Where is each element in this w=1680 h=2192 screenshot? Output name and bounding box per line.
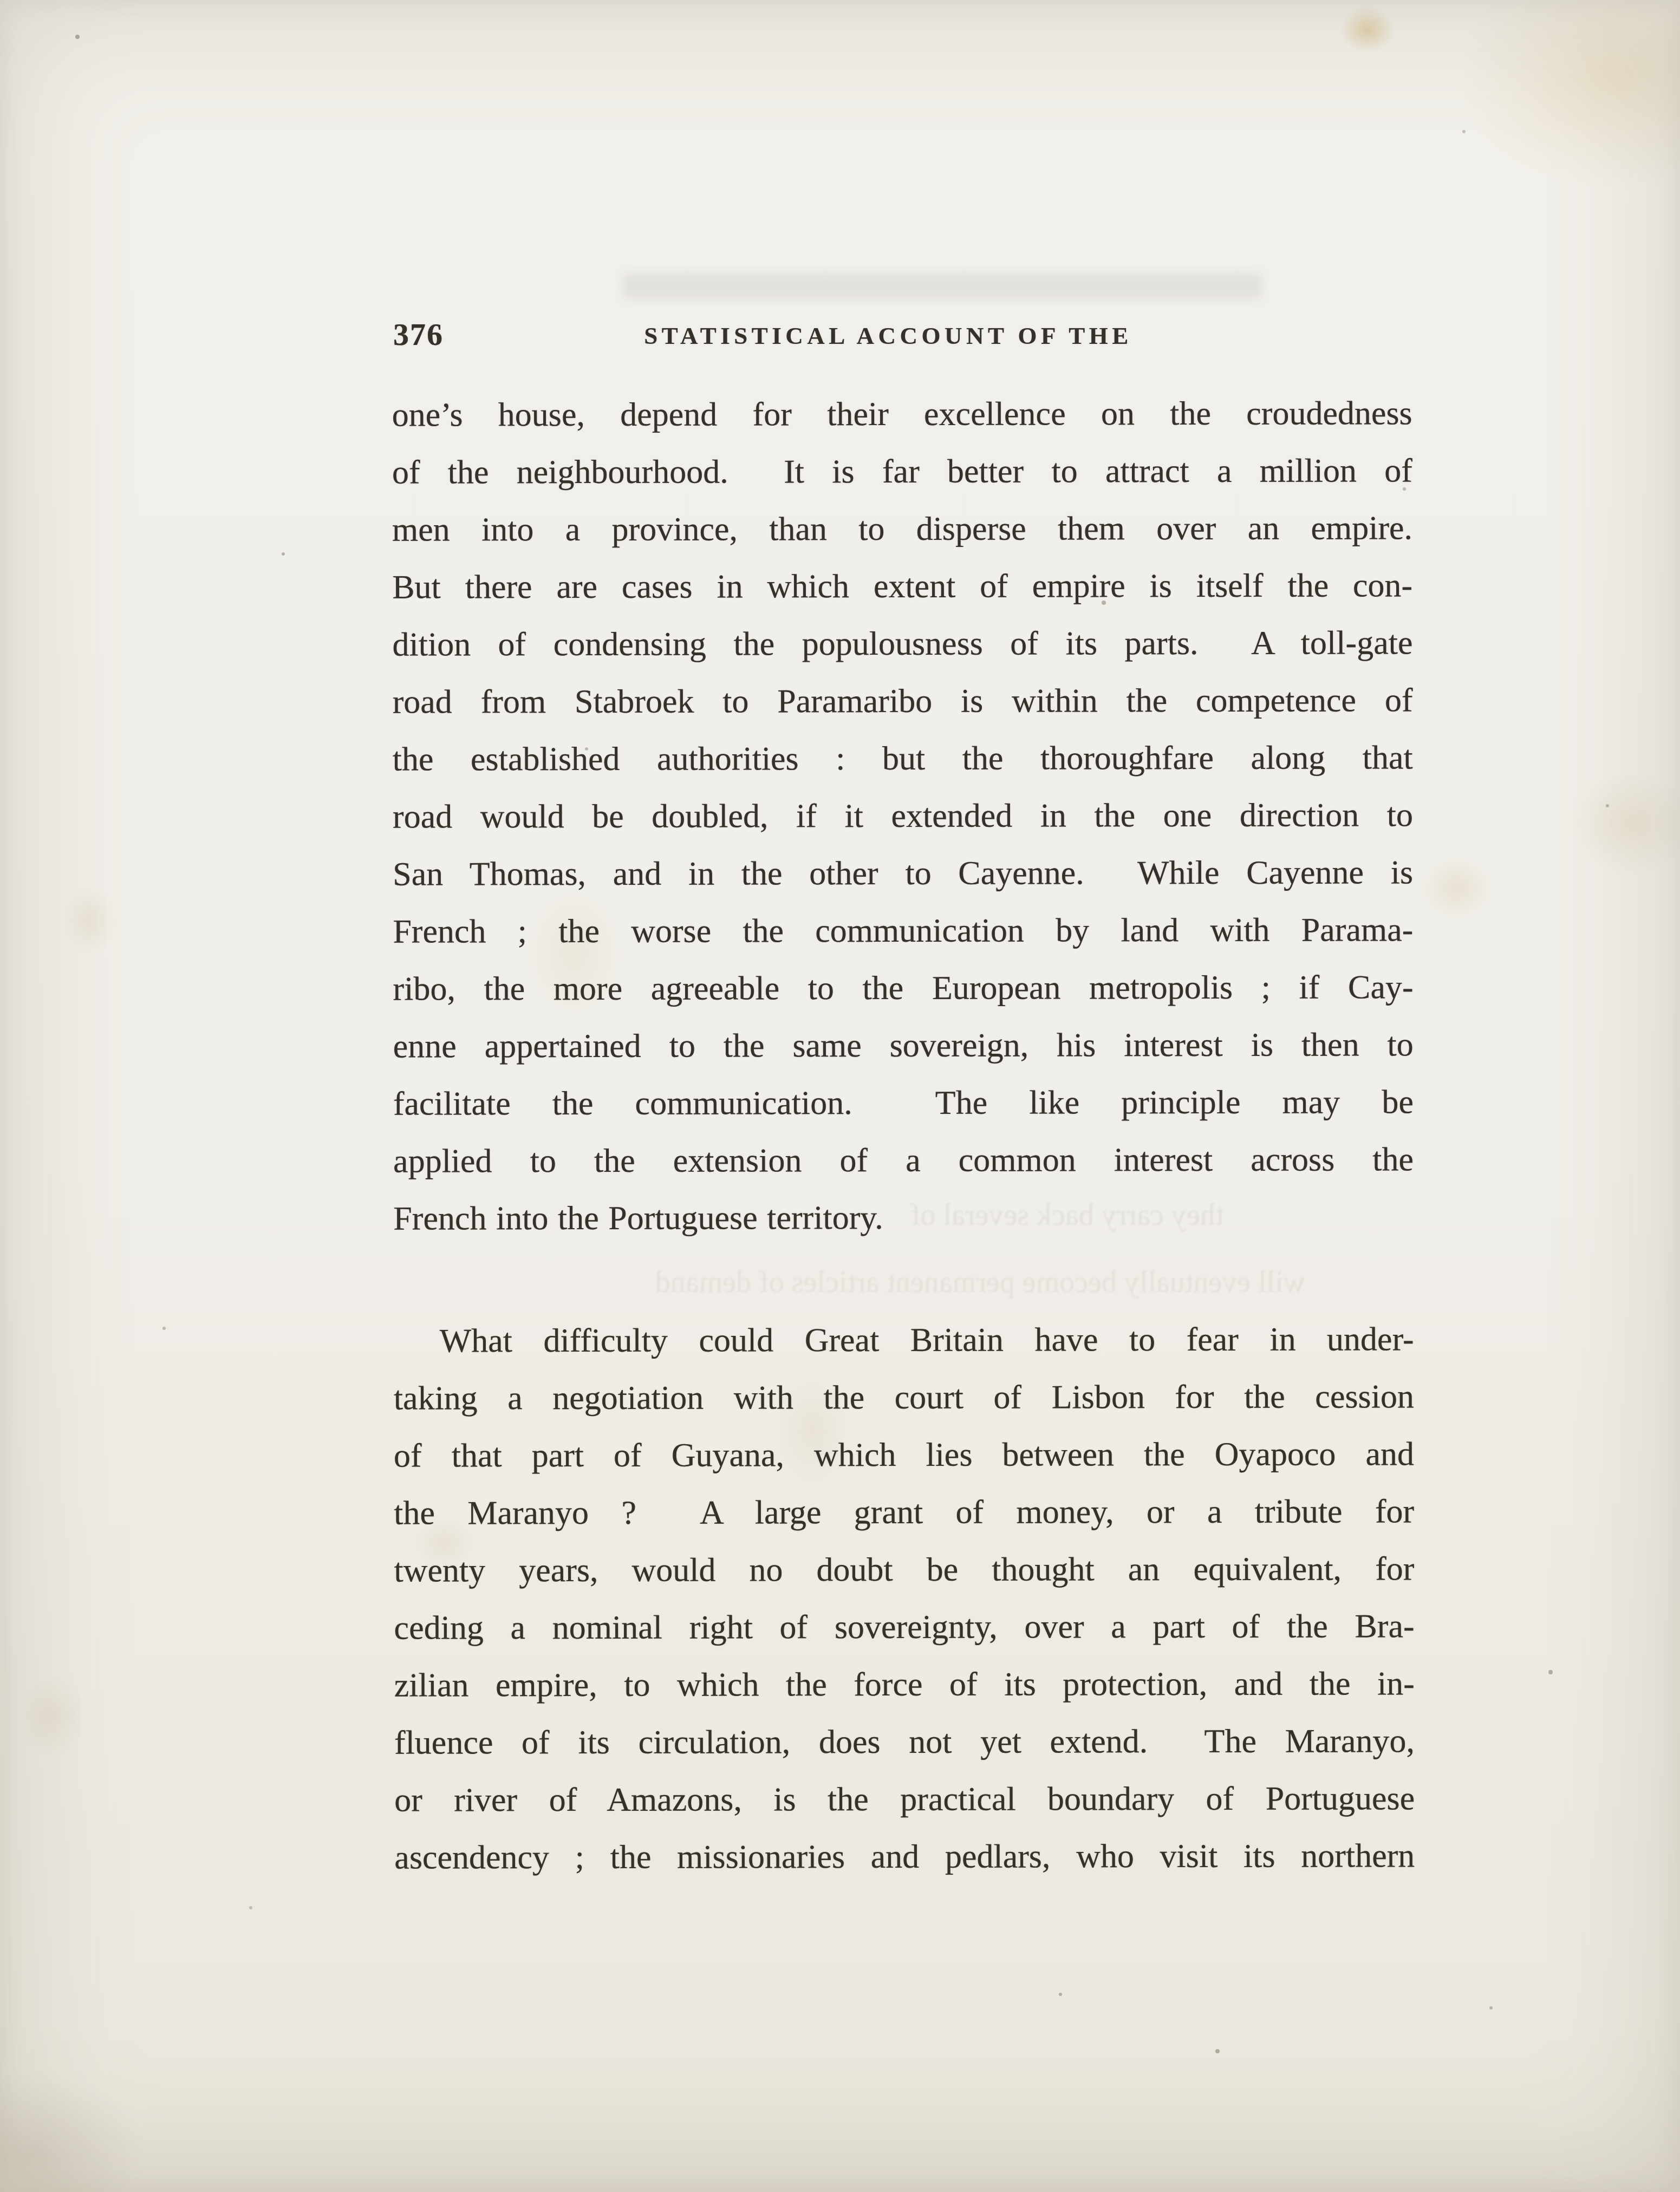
text-line: fluence of its circulation, does not yet… (394, 1712, 1415, 1771)
body-text: one’s house, depend for their excellence… (392, 384, 1415, 1886)
running-header: STATISTICAL ACCOUNT OF THE (393, 322, 1383, 350)
text-line: French ; the worse the communication by … (393, 901, 1413, 960)
text-line: French into the Portuguese territory. (393, 1188, 1414, 1247)
paragraph: one’s house, depend for their excellence… (392, 384, 1414, 1247)
running-head-row: 376 STATISTICAL ACCOUNT OF THE (393, 315, 1414, 358)
text-line: of that part of Guyana, which lies betwe… (394, 1425, 1414, 1484)
text-line: ceding a nominal right of sovereignty, o… (394, 1597, 1414, 1656)
book-page: 376 STATISTICAL ACCOUNT OF THE one’s hou… (0, 0, 1680, 2192)
text-line: facilitate the communication. The like p… (393, 1073, 1414, 1132)
text-line: ribo, the more agreeable to the European… (393, 958, 1413, 1017)
paragraph-gap (393, 1245, 1414, 1312)
text-line: ascendency ; the missionaries and pedlar… (394, 1827, 1415, 1886)
text-line: zilian empire, to which the force of its… (394, 1655, 1415, 1714)
paragraph: What difficulty could Great Britain have… (394, 1310, 1415, 1886)
text-line: What difficulty could Great Britain have… (394, 1310, 1414, 1369)
text-line: applied to the extension of a common int… (393, 1131, 1414, 1190)
text-line: road from Stabroek to Paramaribo is with… (393, 671, 1413, 730)
text-line: the established authorities : but the th… (393, 729, 1413, 788)
text-line: But there are cases in which extent of e… (392, 557, 1412, 616)
paper-specks (0, 0, 3, 3)
text-line: one’s house, depend for their excellence… (392, 384, 1412, 443)
text-line: road would be doubled, if it extended in… (393, 786, 1413, 845)
text-line: dition of condensing the populousness of… (392, 614, 1412, 673)
text-line: twenty years, would no doubt be thought … (394, 1540, 1414, 1599)
text-line: taking a negotiation with the court of L… (394, 1368, 1414, 1427)
show-through-smudge (623, 273, 1262, 298)
text-line: of the neighbourhood. It is far better t… (392, 442, 1412, 501)
text-line: San Thomas, and in the other to Cayenne.… (393, 844, 1413, 903)
text-line: the Maranyo ? A large grant of money, or… (394, 1483, 1414, 1542)
text-line: or river of Amazons, is the practical bo… (394, 1770, 1415, 1829)
text-line: enne appertained to the same sovereign, … (393, 1016, 1414, 1075)
text-line: men into a province, than to disperse th… (392, 499, 1412, 558)
